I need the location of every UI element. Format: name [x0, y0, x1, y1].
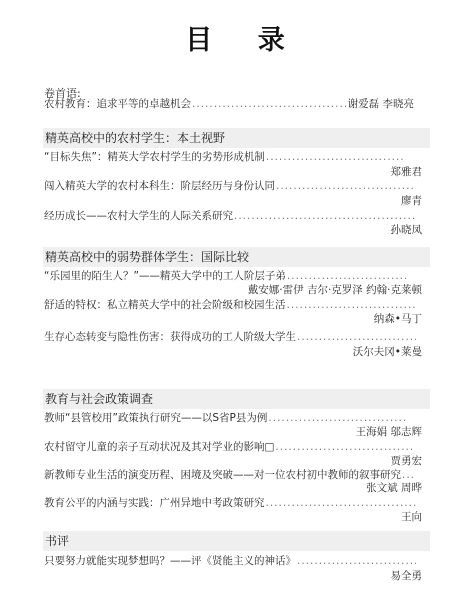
leader-dots: [287, 299, 417, 312]
entry-title: 生存心态转变与隐性伤害：获得成功的工人阶级大学生: [44, 331, 296, 344]
entry-title: 农村留守儿童的亲子互动状况及其对学业的影响□: [44, 441, 274, 454]
toc-entry[interactable]: 新教师专业生活的演变历程、困境及突破——对一位农村初中教师的叙事研究: [44, 469, 416, 482]
section-heading: 精英高校中的弱势群体学生：国际比较: [45, 247, 249, 267]
entry-author: 王海娟 邬志辉: [356, 426, 422, 439]
entry-author: 贾勇宏: [391, 455, 423, 468]
leader-dots: [192, 98, 347, 111]
toc-entry[interactable]: 教师“县管校用”政策执行研究——以S省P县为例: [44, 412, 406, 425]
entry-author: 易全勇: [391, 570, 423, 583]
leader-dots: [266, 151, 406, 164]
toc-entry[interactable]: “乐园里的陌生人？”——精英大学中的工人阶层子弟: [44, 270, 406, 283]
leader-dots: [234, 210, 416, 223]
leader-dots: [402, 469, 416, 482]
entry-author: 戴安娜·雷伊 吉尔·克罗泽 约翰·克莱顿: [248, 284, 422, 297]
leader-dots: [297, 331, 416, 344]
entry-title: 教师“县管校用”政策执行研究——以S省P县为例: [44, 412, 267, 425]
entry-title: 教育公平的内涵与实践：广州异地中考政策研究: [44, 497, 265, 510]
toc-entry[interactable]: 生存心态转变与隐性伤害：获得成功的工人阶级大学生: [44, 331, 416, 344]
toc-entry[interactable]: 闯入精英大学的农村本科生：阶层经历与身份认同: [44, 180, 416, 193]
entry-title: 经历成长——农村大学生的人际关系研究: [44, 210, 233, 223]
toc-entry[interactable]: 农村留守儿童的亲子互动状况及其对学业的影响□: [44, 441, 412, 454]
entry-title: 舒适的特权：私立精英大学中的社会阶级和校园生活: [44, 299, 286, 312]
leader-dots: [287, 270, 406, 283]
entry-author: 廖青: [401, 195, 422, 208]
entry-author: 郑雅君: [391, 166, 423, 179]
toc-entry[interactable]: 教育公平的内涵与实践：广州异地中考政策研究: [44, 497, 416, 510]
entry-author: 谢爱磊 李晓亮: [348, 98, 414, 111]
leader-dots: [266, 497, 417, 510]
leader-dots: [268, 412, 406, 425]
entry-title: “目标失焦”：精英大学农村学生的劣势形成机制: [44, 151, 265, 164]
entry-title: 只要努力就能实现梦想吗？——评《贤能主义的神话》: [44, 555, 296, 568]
toc-entry[interactable]: 舒适的特权：私立精英大学中的社会阶级和校园生活: [44, 299, 416, 312]
entry-author: 纳森•马丁: [374, 313, 422, 326]
entry-author: 沃尔夫冈•莱曼: [353, 346, 422, 359]
entry-title: 新教师专业生活的演变历程、困境及突破——对一位农村初中教师的叙事研究: [44, 469, 401, 482]
section-band: [43, 531, 430, 551]
leader-dots: [275, 441, 412, 454]
leader-dots: [276, 180, 416, 193]
entry-author: 王向: [401, 511, 422, 524]
leader-dots: [297, 555, 416, 568]
page-title: 目 录: [0, 18, 470, 57]
entry-title: 闯入精英大学的农村本科生：阶层经历与身份认同: [44, 180, 275, 193]
section-heading: 教育与社会政策调查: [45, 389, 153, 409]
toc-entry[interactable]: 经历成长——农村大学生的人际关系研究: [44, 210, 416, 223]
entry-author: 张文斌 周晔: [366, 482, 422, 495]
section-heading: 书评: [45, 531, 69, 551]
entry-author: 孙晓凤: [391, 224, 423, 237]
entry-title: 农村教育：追求平等的卓越机会: [44, 98, 191, 111]
section-heading: 精英高校中的农村学生：本土视野: [45, 128, 225, 148]
toc-entry-preface[interactable]: 农村教育：追求平等的卓越机会 谢爱磊 李晓亮: [44, 98, 414, 111]
entry-title: “乐园里的陌生人？”——精英大学中的工人阶层子弟: [44, 270, 286, 283]
toc-entry[interactable]: “目标失焦”：精英大学农村学生的劣势形成机制: [44, 151, 406, 164]
toc-entry[interactable]: 只要努力就能实现梦想吗？——评《贤能主义的神话》: [44, 555, 416, 568]
